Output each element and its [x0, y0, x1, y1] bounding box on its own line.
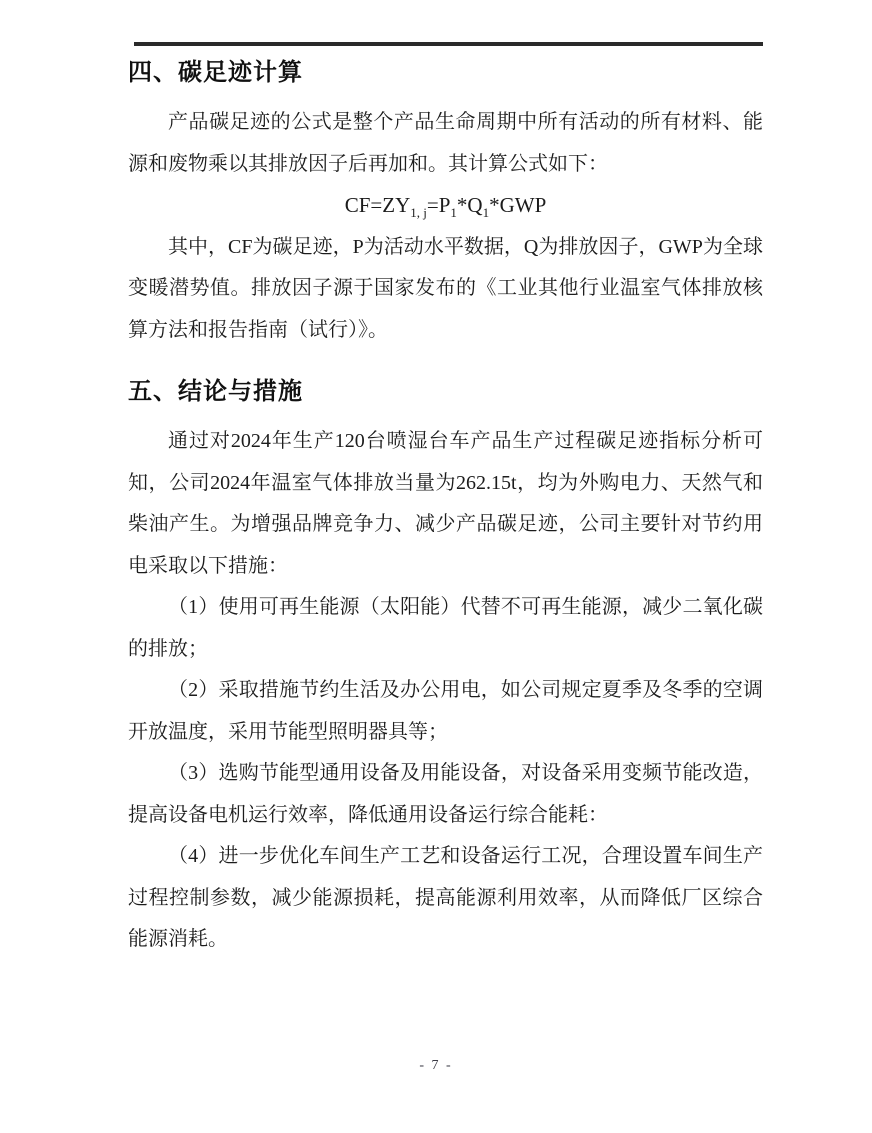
formula-base-4: *GWP: [489, 193, 546, 217]
section-five-heading: 五、结论与措施: [128, 375, 763, 409]
section-five-intro-paragraph: 通过对2024年生产120台喷湿台车产品生产过程碳足迹指标分析可知，公司2024…: [128, 421, 763, 587]
measure-item-4: （4）进一步优化车间生产工艺和设备运行工况，合理设置车间生产过程控制参数，减少能…: [128, 836, 763, 961]
measure-item-2: （2）采取措施节约生活及办公用电，如公司规定夏季及冬季的空调开放温度，采用节能型…: [128, 670, 763, 753]
carbon-footprint-formula: CF=ZY1, j=P1*Q1*GWP: [128, 185, 763, 227]
section-four-heading: 四、碳足迹计算: [128, 56, 763, 90]
document-page: 四、碳足迹计算 产品碳足迹的公式是整个产品生命周期中所有活动的所有材料、能源和废…: [0, 0, 872, 1133]
section-four-intro-paragraph: 产品碳足迹的公式是整个产品生命周期中所有活动的所有材料、能源和废物乘以其排放因子…: [128, 102, 763, 185]
header-rule: [134, 42, 763, 46]
page-number: - 7 -: [0, 1058, 872, 1074]
formula-base-1: CF=ZY: [345, 193, 411, 217]
formula-base-3: *Q: [457, 193, 483, 217]
document-content: 四、碳足迹计算 产品碳足迹的公式是整个产品生命周期中所有活动的所有材料、能源和废…: [128, 42, 763, 961]
section-four-explanation-paragraph: 其中，CF为碳足迹，P为活动水平数据，Q为排放因子，GWP为全球变暖潜势值。排放…: [128, 227, 763, 352]
formula-subscript-1: 1, j: [410, 205, 427, 220]
formula-base-2: =P: [427, 193, 451, 217]
measure-item-1: （1）使用可再生能源（太阳能）代替不可再生能源，减少二氧化碳的排放；: [128, 587, 763, 670]
measure-item-3: （3）选购节能型通用设备及用能设备，对设备采用变频节能改造，提高设备电机运行效率…: [128, 753, 763, 836]
